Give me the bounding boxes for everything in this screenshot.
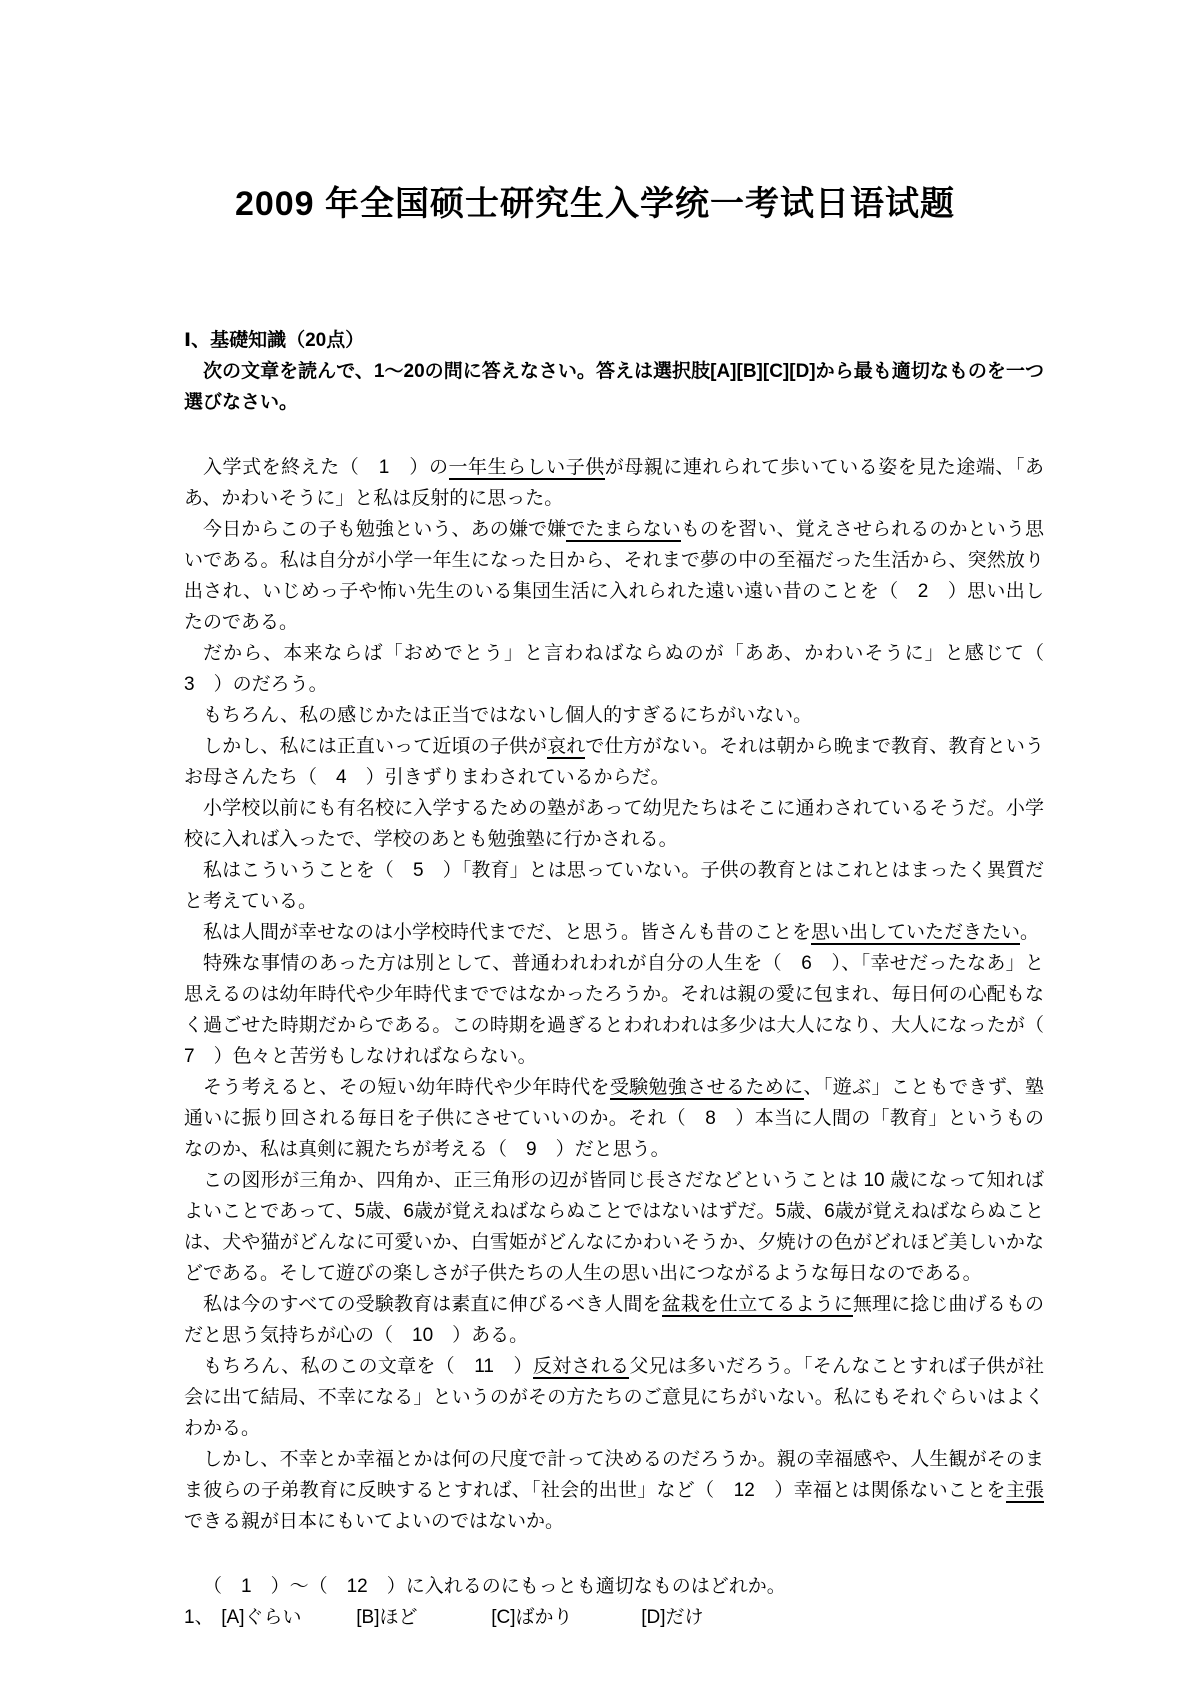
text-segment: 。 — [1020, 922, 1039, 943]
option-d: [D]だけ — [641, 1602, 776, 1633]
essay-paragraph: 特殊な事情のあった方は別として、普通われわれが自分の人生を（ 6 ）、「幸せだっ… — [184, 948, 1044, 1072]
underlined-phrase: でたまらない — [566, 519, 681, 542]
essay-paragraph: 私は人間が幸せなのは小学校時代までだ、と思う。皆さんも昔のことを思い出していただ… — [184, 917, 1044, 948]
text-segment: もちろん、私のこの文章を（ 11 ） — [203, 1356, 533, 1377]
text-segment: 私は人間が幸せなのは小学校時代までだ、と思う。皆さんも昔のことを — [203, 922, 811, 943]
underlined-phrase: 盆栽を仕立てるように — [662, 1294, 853, 1317]
essay-paragraph: もちろん、私の感じかたは正当ではないし個人的すぎるにちがいない。 — [184, 700, 1044, 731]
essay-body: 入学式を終えた（ 1 ）の一年生らしい子供が母親に連れられて歩いている姿を見た途… — [184, 452, 1044, 1537]
underlined-phrase: 反対される — [533, 1356, 629, 1379]
underlined-phrase: 受験勉強させるために — [610, 1077, 804, 1100]
essay-paragraph: しかし、私には正直いって近頃の子供が哀れで仕方がない。それは朝から晩まで教育、教… — [184, 731, 1044, 793]
text-segment: この図形が三角か、四角か、正三角形の辺が皆同じ長さだなどということは 10 歳に… — [184, 1170, 1044, 1284]
text-segment: 私はこういうことを（ 5 ）「教育」とは思っていない。子供の教育とはこれとはまっ… — [184, 860, 1044, 912]
essay-paragraph: 入学式を終えた（ 1 ）の一年生らしい子供が母親に連れられて歩いている姿を見た途… — [184, 452, 1044, 514]
essay-paragraph: しかし、不幸とか幸福とかは何の尺度で計って決めるのだろうか。親の幸福感や、人生観… — [184, 1444, 1044, 1537]
underlined-phrase: 主張 — [1006, 1480, 1044, 1503]
text-segment: もちろん、私の感じかたは正当ではないし個人的すぎるにちがいない。 — [203, 705, 812, 726]
question-1-options: 1、 [A]ぐらい[B]ほど[C]ばかり[D]だけ — [184, 1602, 1044, 1633]
essay-paragraph: 今日からこの子も勉強という、あの嫌で嫌でたまらないものを習い、覚えさせられるのか… — [184, 514, 1044, 638]
question-stem: （ 1 ）～（ 12 ）に入れるのにもっとも適切なものはどれか。 — [184, 1571, 1044, 1602]
text-segment: 入学式を終えた（ 1 ）の — [203, 457, 449, 478]
option-c: [C]ばかり — [491, 1602, 641, 1633]
essay-paragraph: 私は今のすべての受験教育は素直に伸びるべき人間を盆栽を仕立てるように無理に捻じ曲… — [184, 1289, 1044, 1351]
text-segment: できる親が日本にもいてよいのではないか。 — [184, 1511, 564, 1532]
text-segment: 特殊な事情のあった方は別として、普通われわれが自分の人生を（ 6 ）、「幸せだっ… — [184, 953, 1063, 1067]
text-segment: しかし、不幸とか幸福とかは何の尺度で計って決めるのだろうか。親の幸福感や、人生観… — [184, 1449, 1044, 1501]
question-number: 1、 — [184, 1602, 216, 1633]
essay-paragraph: そう考えると、その短い幼年時代や少年時代を受験勉強させるために、「遊ぶ」こともで… — [184, 1072, 1044, 1165]
document-body: Ⅰ、基礎知識（20点） 次の文章を読んで、1～20の問に答えなさい。答えは選択肢… — [184, 325, 1044, 1633]
section-instruction: 次の文章を読んで、1～20の問に答えなさい。答えは選択肢[A][B][C][D]… — [184, 356, 1044, 418]
document-title: 2009 年全国硕士研究生入学统一考试日语试题 — [0, 0, 1190, 225]
text-segment: そう考えると、その短い幼年時代や少年時代を — [203, 1077, 610, 1098]
essay-paragraph: 私はこういうことを（ 5 ）「教育」とは思っていない。子供の教育とはこれとはまっ… — [184, 855, 1044, 917]
essay-paragraph: この図形が三角か、四角か、正三角形の辺が皆同じ長さだなどということは 10 歳に… — [184, 1165, 1044, 1289]
underlined-phrase: 思い出していただきたい — [811, 922, 1020, 945]
option-b: [B]ほど — [356, 1602, 491, 1633]
underlined-phrase: 一年生らしい子供 — [449, 457, 605, 480]
text-segment: 今日からこの子も勉強という、あの嫌で嫌 — [203, 519, 566, 540]
text-segment: 私は今のすべての受験教育は素直に伸びるべき人間を — [203, 1294, 662, 1315]
section-heading: Ⅰ、基礎知識（20点） — [184, 325, 1044, 356]
essay-paragraph: もちろん、私のこの文章を（ 11 ）反対される父兄は多いだろう。「そんなことすれ… — [184, 1351, 1044, 1444]
text-segment: だから、本来ならば「おめでとう」と言わねばならぬのが「ああ、かわいそうに」と感じ… — [184, 643, 1063, 695]
text-segment: しかし、私には正直いって近頃の子供が — [203, 736, 547, 757]
text-segment: 小学校以前にも有名校に入学するための塾があって幼児たちはそこに通わされているそう… — [184, 798, 1044, 850]
essay-paragraph: 小学校以前にも有名校に入学するための塾があって幼児たちはそこに通わされているそう… — [184, 793, 1044, 855]
option-a: [A]ぐらい — [221, 1602, 356, 1633]
document-page: 2009 年全国硕士研究生入学统一考试日语试题 Ⅰ、基礎知識（20点） 次の文章… — [0, 0, 1190, 1683]
underlined-phrase: 哀れ — [547, 736, 585, 759]
essay-paragraph: だから、本来ならば「おめでとう」と言わねばならぬのが「ああ、かわいそうに」と感じ… — [184, 638, 1044, 700]
